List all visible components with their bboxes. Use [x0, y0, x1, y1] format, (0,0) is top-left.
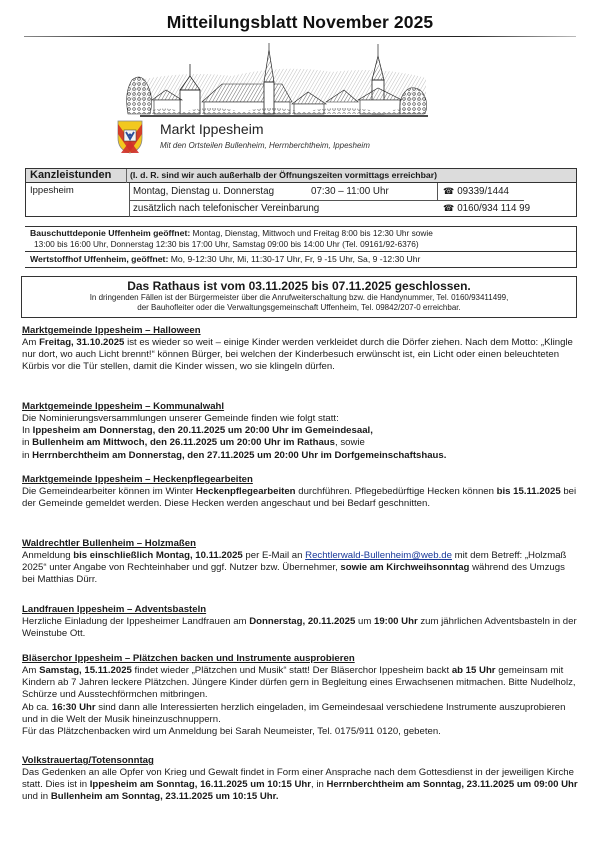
municipality-name: Markt Ippesheim: [160, 121, 263, 137]
office-hours-note: (I. d. R. sind wir auch außerhalb der Öf…: [130, 170, 437, 180]
article-body: Die Gemeindearbeiter können im Winter He…: [22, 486, 578, 510]
article-paragraph: Ab ca. 16:30 Uhr sind dann alle Interess…: [22, 702, 578, 726]
bauschutt-hours-line-2: 13:00 bis 16:00 Uhr, Donnerstag 12:30 bi…: [34, 239, 419, 250]
office-phone-2: ☎0160/934 114 99: [443, 203, 530, 214]
office-extra: zusätzlich nach telefonischer Vereinbaru…: [133, 203, 319, 214]
office-hours-heading: Kanzleistunden: [30, 169, 111, 181]
rathaus-closure-title: Das Rathaus ist vom 03.11.2025 bis 07.11…: [22, 279, 576, 293]
article-heading: Marktgemeinde Ippesheim – Halloween: [22, 325, 578, 337]
article-body: Das Gedenken an alle Opfer von Krieg und…: [22, 767, 578, 804]
article-paragraph: Am Samstag, 15.11.2025 findet wieder „Pl…: [22, 665, 578, 702]
rathaus-closure-notice: Das Rathaus ist vom 03.11.2025 bis 07.11…: [21, 276, 577, 318]
wertstoffhof-hours: Wertstoffhof Uffenheim, geöffnet: Mo, 9-…: [30, 254, 420, 265]
rathaus-closure-line-2: der Bauhofleiter oder die Verwaltungsgem…: [22, 303, 576, 313]
article-blaeserchor: Bläserchor Ippesheim – Plätzchen backen …: [22, 653, 578, 738]
article-heading: Waldrechtler Bullenheim – Holzmaßen: [22, 538, 578, 550]
article-body: Herzliche Einladung der Ippesheimer Land…: [22, 616, 578, 640]
article-heading: Landfrauen Ippesheim – Adventsbasteln: [22, 604, 578, 616]
office-hours-table: Kanzleistunden (I. d. R. sind wir auch a…: [25, 168, 577, 217]
page-title: Mitteilungsblatt November 2025: [0, 12, 600, 33]
article-adventsbasteln: Landfrauen Ippesheim – Adventsbasteln He…: [22, 604, 578, 640]
telephone-icon: ☎: [443, 186, 454, 196]
article-heading: Volkstrauertag/Totensonntag: [22, 755, 578, 767]
article-paragraph: Für das Plätzchenbacken wird um Anmeldun…: [22, 726, 578, 738]
article-heckenpflege: Marktgemeinde Ippesheim – Heckenpflegear…: [22, 474, 578, 510]
office-place: Ippesheim: [30, 185, 74, 196]
article-heading: Marktgemeinde Ippesheim – Kommunalwahl: [22, 401, 578, 413]
village-skyline-illustration: [122, 42, 434, 124]
email-link[interactable]: Rechtlerwald-Bullenheim@web.de: [305, 550, 452, 561]
coat-of-arms-icon: [117, 120, 143, 154]
office-phone-1: ☎09339/1444: [443, 186, 509, 197]
municipality-subtitle: Mit den Ortsteilen Bullenheim, Herrnberc…: [160, 141, 370, 150]
article-holzmassen: Waldrechtler Bullenheim – Holzmaßen Anme…: [22, 538, 578, 587]
article-kommunalwahl: Marktgemeinde Ippesheim – Kommunalwahl D…: [22, 401, 578, 462]
article-heading: Bläserchor Ippesheim – Plätzchen backen …: [22, 653, 578, 665]
article-line: in Herrnberchtheim am Donnerstag, den 27…: [22, 450, 578, 462]
telephone-icon: ☎: [443, 203, 454, 213]
rathaus-closure-line-1: In dringenden Fällen ist der Bürgermeist…: [22, 293, 576, 303]
article-heading: Marktgemeinde Ippesheim – Heckenpflegear…: [22, 474, 578, 486]
recycling-hours-box: Bauschuttdeponie Uffenheim geöffnet: Mon…: [25, 226, 577, 268]
article-line: In Ippesheim am Donnerstag, den 20.11.20…: [22, 425, 578, 437]
article-volkstrauertag: Volkstrauertag/Totensonntag Das Gedenken…: [22, 755, 578, 804]
article-body: Am Freitag, 31.10.2025 ist es wieder so …: [22, 337, 578, 374]
title-divider: [24, 36, 576, 37]
article-body: Anmeldung bis einschließlich Montag, 10.…: [22, 550, 578, 587]
article-line: Die Nominierungsversammlungen unserer Ge…: [22, 413, 578, 425]
bauschutt-hours-line-1: Bauschuttdeponie Uffenheim geöffnet: Mon…: [30, 228, 433, 239]
article-line: in Bullenheim am Mittwoch, den 26.11.202…: [22, 437, 578, 449]
office-time: 07:30 – 11:00 Uhr: [311, 186, 389, 197]
office-hours-header: Kanzleistunden (I. d. R. sind wir auch a…: [26, 169, 576, 183]
office-days: Montag, Dienstag u. Donnerstag: [133, 186, 274, 197]
article-halloween: Marktgemeinde Ippesheim – Halloween Am F…: [22, 325, 578, 374]
